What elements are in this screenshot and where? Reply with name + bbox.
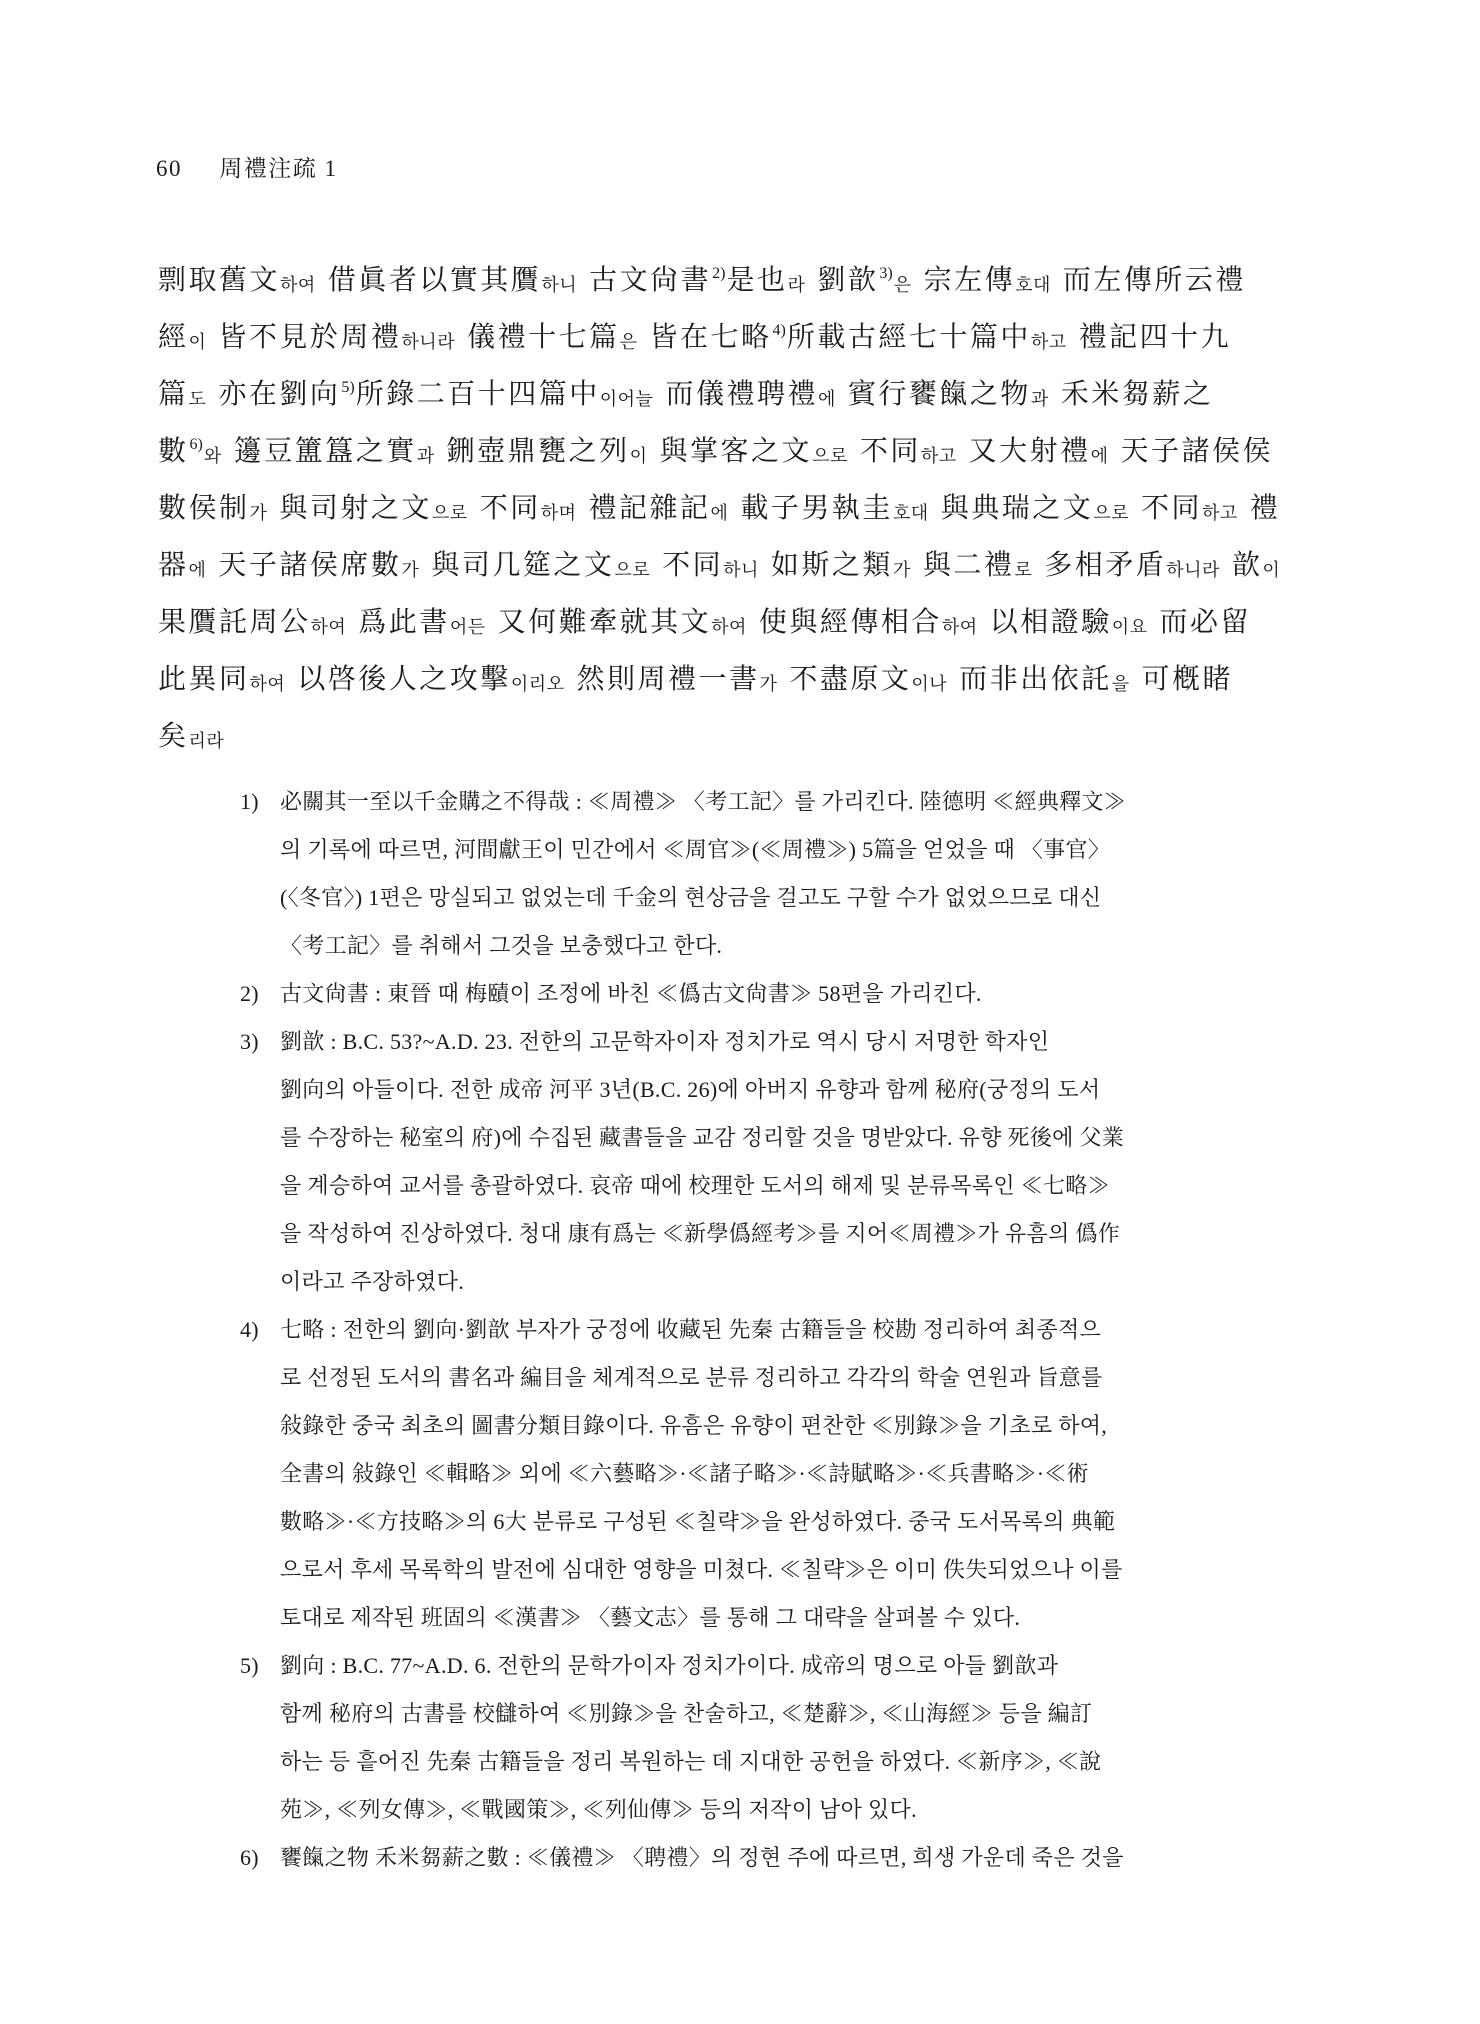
footnote: 6)饔餼之物 禾米芻薪之數 : ≪儀禮≫ 〈聘禮〉의 정현 주에 따르면, 희생… xyxy=(240,1834,1340,1882)
korean-gugyeol-particle: 으로 xyxy=(614,560,650,580)
main-text-line: 數侯制가與司射之文으로不同하며禮記雜記에載子男執圭호대與典瑞之文으로不同하고禮 xyxy=(158,480,1338,537)
korean-gugyeol-particle: 이나 xyxy=(911,674,947,694)
hanja-text: 經 xyxy=(158,322,189,353)
hanja-text: 果贋託周公 xyxy=(158,607,311,638)
hanja-text: 使與經傳相合 xyxy=(759,607,942,638)
hanja-text: 古文尙書 xyxy=(589,265,711,296)
footnote-number: 2) xyxy=(240,970,280,1018)
footnote-line: 劉向 : B.C. 77~A.D. 6. 전한의 문학가이자 정치가이다. 成帝… xyxy=(280,1642,1340,1690)
hanja-text: 皆不見於周禮 xyxy=(218,322,401,353)
hanja-text: 借眞者以實其贋 xyxy=(328,265,542,296)
hanja-text: 儀禮十七篇 xyxy=(467,322,620,353)
korean-gugyeol-particle: 이요 xyxy=(1112,617,1148,637)
main-text-line: 果贋託周公하여爲此書어든又何難牽就其文하여使與經傳相合하여以相證驗이요而必留 xyxy=(158,594,1338,651)
footnote: 1)必關其一至以千金購之不得哉 : ≪周禮≫ 〈考工記〉를 가리킨다. 陸德明 … xyxy=(240,778,1340,970)
hanja-text: 數 xyxy=(158,436,189,467)
hanja-text: 不盡原文 xyxy=(789,664,911,695)
main-text-line: 數6)와籩豆簠簋之實과鉶壺鼎甕之列이與掌客之文으로不同하고又大射禮에天子諸侯侯 xyxy=(158,423,1338,480)
main-text-line: 此異同하여以啓後人之攻擊이리오然則周禮一書가不盡原文이나而非出依託을可槪睹 xyxy=(158,651,1338,708)
korean-gugyeol-particle: 하고 xyxy=(1031,332,1067,352)
korean-gugyeol-particle: 하고 xyxy=(921,446,957,466)
korean-gugyeol-particle: 이 xyxy=(189,332,207,352)
korean-gugyeol-particle: 가 xyxy=(401,560,419,580)
hanja-text: 是也 xyxy=(726,265,787,296)
footnote: 5)劉向 : B.C. 77~A.D. 6. 전한의 문학가이자 정치가이다. … xyxy=(240,1642,1340,1834)
hanja-text: 賓行饔餼之物 xyxy=(848,379,1031,410)
footnote-ref: 6) xyxy=(190,436,203,453)
korean-gugyeol-particle: 하여 xyxy=(311,617,347,637)
hanja-text: 與典瑞之文 xyxy=(941,493,1094,524)
footnote-line: 함께 秘府의 古書를 校讎하여 ≪別錄≫을 찬술하고, ≪楚辭≫, ≪山海經≫ … xyxy=(280,1690,1340,1738)
korean-gugyeol-particle: 호대 xyxy=(893,503,929,523)
hanja-text: 與司几筵之文 xyxy=(431,550,614,581)
footnote-body: 饔餼之物 禾米芻薪之數 : ≪儀禮≫ 〈聘禮〉의 정현 주에 따르면, 희생 가… xyxy=(280,1834,1340,1882)
korean-gugyeol-particle: 리라 xyxy=(189,731,225,751)
footnote-line: 를 수장하는 秘室의 府)에 수집된 藏書들을 교감 정리할 것을 명받았다. … xyxy=(280,1114,1340,1162)
hanja-text: 而非出依託 xyxy=(959,664,1112,695)
footnote-line: 數略≫·≪方技略≫의 6大 분류로 구성된 ≪칠략≫을 완성하였다. 중국 도서… xyxy=(280,1498,1340,1546)
footnote-line: 苑≫, ≪列女傳≫, ≪戰國策≫, ≪列仙傳≫ 등의 저작이 남아 있다. xyxy=(280,1786,1340,1834)
korean-gugyeol-particle: 하니라 xyxy=(1166,560,1220,580)
footnotes-section: 1)必關其一至以千金購之不得哉 : ≪周禮≫ 〈考工記〉를 가리킨다. 陸德明 … xyxy=(240,778,1340,1882)
hanja-text: 禮 xyxy=(1250,493,1281,524)
korean-gugyeol-particle: 와 xyxy=(204,446,222,466)
footnote-line: 〈考工記〉를 취해서 그것을 보충했다고 한다. xyxy=(280,922,1340,970)
korean-gugyeol-particle: 도 xyxy=(189,389,207,409)
hanja-text: 可槪睹 xyxy=(1142,664,1234,695)
hanja-text: 剽取舊文 xyxy=(158,265,280,296)
korean-gugyeol-particle: 어든 xyxy=(450,617,486,637)
hanja-text: 不同 xyxy=(662,550,723,581)
hanja-text: 禮記雜記 xyxy=(589,493,711,524)
page-number: 60 xyxy=(156,156,182,182)
korean-gugyeol-particle: 으로 xyxy=(432,503,468,523)
hanja-text: 禾米芻薪之 xyxy=(1061,379,1214,410)
footnote-body: 七略 : 전한의 劉向·劉歆 부자가 궁정에 收藏된 先秦 古籍들을 校勘 정리… xyxy=(280,1306,1340,1642)
footnote-body: 古文尙書 : 東晉 때 梅賾이 조정에 바친 ≪僞古文尙書≫ 58편을 가리킨다… xyxy=(280,970,1340,1018)
korean-gugyeol-particle: 과 xyxy=(417,446,435,466)
book-title: 周禮注疏 1 xyxy=(219,150,337,183)
korean-gugyeol-particle: 이 xyxy=(630,446,648,466)
hanja-text: 以相證驗 xyxy=(990,607,1112,638)
main-text-line: 矣리라 xyxy=(158,708,1338,765)
hanja-text: 宗左傳 xyxy=(924,265,1016,296)
korean-gugyeol-particle: 에 xyxy=(189,560,207,580)
korean-gugyeol-particle: 라 xyxy=(787,275,805,295)
footnote: 4)七略 : 전한의 劉向·劉歆 부자가 궁정에 收藏된 先秦 古籍들을 校勘 … xyxy=(240,1306,1340,1642)
hanja-text: 矣 xyxy=(158,721,189,752)
hanja-text: 多相矛盾 xyxy=(1044,550,1166,581)
footnote-number: 1) xyxy=(240,778,280,970)
main-text-line: 篇도亦在劉向5)所錄二百十四篇中이어늘而儀禮聘禮에賓行饔餼之物과禾米芻薪之 xyxy=(158,366,1338,423)
korean-gugyeol-particle: 에 xyxy=(1091,446,1109,466)
footnote-line: 토대로 제작된 班固의 ≪漢書≫ 〈藝文志〉를 통해 그 대략을 살펴볼 수 있… xyxy=(280,1594,1340,1642)
hanja-text: 如斯之類 xyxy=(771,550,893,581)
korean-gugyeol-particle: 하여 xyxy=(250,674,286,694)
hanja-text: 篇 xyxy=(158,379,189,410)
footnote-number: 5) xyxy=(240,1642,280,1834)
footnote-ref: 3) xyxy=(879,265,892,282)
hanja-text: 又何難牽就其文 xyxy=(498,607,712,638)
korean-gugyeol-particle: 으로 xyxy=(1093,503,1129,523)
footnote-ref: 2) xyxy=(712,265,725,282)
main-text-line: 經이皆不見於周禮하니라儀禮十七篇은皆在七略4)所載古經七十篇中하고禮記四十九 xyxy=(158,309,1338,366)
hanja-text: 器 xyxy=(158,550,189,581)
footnote-number: 6) xyxy=(240,1834,280,1882)
footnote-line: 必關其一至以千金購之不得哉 : ≪周禮≫ 〈考工記〉를 가리킨다. 陸德明 ≪經… xyxy=(280,778,1340,826)
hanja-text: 不同 xyxy=(480,493,541,524)
korean-gugyeol-particle: 가 xyxy=(760,674,778,694)
footnote-line: 七略 : 전한의 劉向·劉歆 부자가 궁정에 收藏된 先秦 古籍들을 校勘 정리… xyxy=(280,1306,1340,1354)
hanja-text: 載子男執圭 xyxy=(740,493,893,524)
korean-gugyeol-particle: 하여 xyxy=(942,617,978,637)
document-page: 60 周禮注疏 1 剽取舊文하여借眞者以實其贋하니古文尙書2)是也라劉歆3)은宗… xyxy=(0,0,1480,2024)
korean-gugyeol-particle: 하며 xyxy=(541,503,577,523)
hanja-text: 歆 xyxy=(1232,550,1263,581)
korean-gugyeol-particle: 이어늘 xyxy=(600,389,654,409)
footnote: 2)古文尙書 : 東晉 때 梅賾이 조정에 바친 ≪僞古文尙書≫ 58편을 가리… xyxy=(240,970,1340,1018)
korean-gugyeol-particle: 은 xyxy=(894,275,912,295)
hanja-text: 所錄二百十四篇中 xyxy=(356,379,600,410)
hanja-text: 天子諸侯侯 xyxy=(1121,436,1274,467)
korean-gugyeol-particle: 하고 xyxy=(1202,503,1238,523)
hanja-text: 而儀禮聘禮 xyxy=(665,379,818,410)
running-header: 60 周禮注疏 1 xyxy=(156,150,338,183)
footnote-line: 로 선정된 도서의 書名과 編目을 체계적으로 분류 정리하고 각각의 학술 연… xyxy=(280,1354,1340,1402)
korean-gugyeol-particle: 으로 xyxy=(812,446,848,466)
hanja-text: 鉶壺鼎甕之列 xyxy=(447,436,630,467)
korean-gugyeol-particle: 가 xyxy=(250,503,268,523)
korean-gugyeol-particle: 에 xyxy=(711,503,729,523)
footnote-body: 劉向 : B.C. 77~A.D. 6. 전한의 문학가이자 정치가이다. 成帝… xyxy=(280,1642,1340,1834)
footnote-line: 을 작성하여 진상하였다. 청대 康有爲는 ≪新學僞經考≫를 지어≪周禮≫가 유… xyxy=(280,1210,1340,1258)
hanja-text: 天子諸侯席數 xyxy=(218,550,401,581)
korean-gugyeol-particle: 하니 xyxy=(541,275,577,295)
footnote-line: 劉歆 : B.C. 53?~A.D. 23. 전한의 고문학자이자 정치가로 역… xyxy=(280,1018,1340,1066)
footnote-line: 이라고 주장하였다. xyxy=(280,1258,1340,1306)
korean-gugyeol-particle: 하여 xyxy=(711,617,747,637)
footnote: 3)劉歆 : B.C. 53?~A.D. 23. 전한의 고문학자이자 정치가로… xyxy=(240,1018,1340,1306)
hanja-text: 不同 xyxy=(860,436,921,467)
hanja-text: 籩豆簠簋之實 xyxy=(234,436,417,467)
footnote-line: 劉向의 아들이다. 전한 成帝 河平 3년(B.C. 26)에 아버지 유향과 … xyxy=(280,1066,1340,1114)
korean-gugyeol-particle: 을 xyxy=(1112,674,1130,694)
hanja-text: 與司射之文 xyxy=(279,493,432,524)
footnote-body: 劉歆 : B.C. 53?~A.D. 23. 전한의 고문학자이자 정치가로 역… xyxy=(280,1018,1340,1306)
hanja-text: 禮記四十九 xyxy=(1079,322,1232,353)
hanja-text: 然則周禮一書 xyxy=(576,664,759,695)
hanja-text: 與二禮 xyxy=(923,550,1015,581)
korean-gugyeol-particle: 이리오 xyxy=(511,674,565,694)
footnote-line: 全書의 敍錄인 ≪輯略≫ 외에 ≪六藝略≫·≪諸子略≫·≪詩賦略≫·≪兵書略≫·… xyxy=(280,1450,1340,1498)
footnote-number: 4) xyxy=(240,1306,280,1642)
footnote-line: 으로서 후세 목록학의 발전에 심대한 영향을 미쳤다. ≪칠략≫은 이미 佚失… xyxy=(280,1546,1340,1594)
main-text-line: 器에天子諸侯席數가與司几筵之文으로不同하니如斯之類가與二禮로多相矛盾하니라歆이 xyxy=(158,537,1338,594)
footnote-line: 의 기록에 따르면, 河間獻王이 민간에서 ≪周官≫(≪周禮≫) 5篇을 얻었을… xyxy=(280,826,1340,874)
hanja-text: 亦在劉向 xyxy=(218,379,340,410)
footnote-line: 古文尙書 : 東晉 때 梅賾이 조정에 바친 ≪僞古文尙書≫ 58편을 가리킨다… xyxy=(280,970,1340,1018)
korean-gugyeol-particle: 이 xyxy=(1262,560,1280,580)
korean-gugyeol-particle: 과 xyxy=(1031,389,1049,409)
korean-gugyeol-particle: 하니라 xyxy=(401,332,455,352)
footnote-line: 하는 등 흩어진 先秦 古籍들을 정리 복원하는 데 지대한 공헌을 하였다. … xyxy=(280,1738,1340,1786)
hanja-text: 而左傳所云禮 xyxy=(1063,265,1246,296)
footnote-ref: 4) xyxy=(773,322,786,339)
main-text: 剽取舊文하여借眞者以實其贋하니古文尙書2)是也라劉歆3)은宗左傳호대而左傳所云禮… xyxy=(158,252,1338,765)
hanja-text: 此異同 xyxy=(158,664,250,695)
korean-gugyeol-particle: 가 xyxy=(893,560,911,580)
main-text-line: 剽取舊文하여借眞者以實其贋하니古文尙書2)是也라劉歆3)은宗左傳호대而左傳所云禮 xyxy=(158,252,1338,309)
hanja-text: 以啓後人之攻擊 xyxy=(297,664,511,695)
footnote-line: (〈冬官〉) 1편은 망실되고 없었는데 千金의 현상금을 걸고도 구할 수가 … xyxy=(280,874,1340,922)
hanja-text: 爲此書 xyxy=(358,607,450,638)
footnote-body: 必關其一至以千金購之不得哉 : ≪周禮≫ 〈考工記〉를 가리킨다. 陸德明 ≪經… xyxy=(280,778,1340,970)
hanja-text: 又大射禮 xyxy=(969,436,1091,467)
hanja-text: 數侯制 xyxy=(158,493,250,524)
footnote-line: 을 계승하여 교서를 총괄하였다. 哀帝 때에 校理한 도서의 해제 및 분류목… xyxy=(280,1162,1340,1210)
footnote-line: 敍錄한 중국 최초의 圖書分類目錄이다. 유흠은 유향이 편찬한 ≪別錄≫을 기… xyxy=(280,1402,1340,1450)
hanja-text: 所載古經七十篇中 xyxy=(787,322,1031,353)
korean-gugyeol-particle: 하여 xyxy=(280,275,316,295)
hanja-text: 而必留 xyxy=(1159,607,1251,638)
hanja-text: 與掌客之文 xyxy=(660,436,813,467)
hanja-text: 不同 xyxy=(1141,493,1202,524)
korean-gugyeol-particle: 에 xyxy=(818,389,836,409)
footnote-ref: 5) xyxy=(341,379,354,396)
korean-gugyeol-particle: 호대 xyxy=(1015,275,1051,295)
footnote-number: 3) xyxy=(240,1018,280,1306)
hanja-text: 劉歆 xyxy=(817,265,878,296)
korean-gugyeol-particle: 로 xyxy=(1014,560,1032,580)
korean-gugyeol-particle: 하니 xyxy=(723,560,759,580)
footnote-line: 饔餼之物 禾米芻薪之數 : ≪儀禮≫ 〈聘禮〉의 정현 주에 따르면, 희생 가… xyxy=(280,1834,1340,1882)
hanja-text: 皆在七略 xyxy=(650,322,772,353)
korean-gugyeol-particle: 은 xyxy=(620,332,638,352)
